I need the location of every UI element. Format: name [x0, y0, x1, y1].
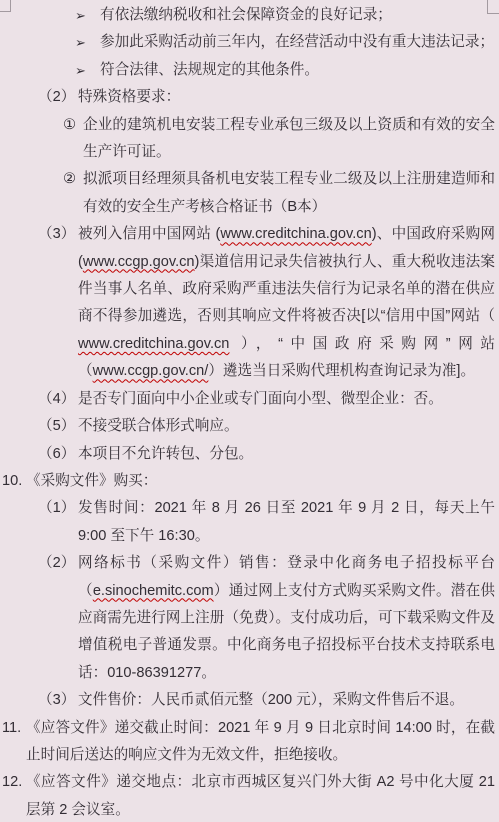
item-number: （2） [38, 550, 75, 577]
item-number: （3） [38, 687, 75, 714]
arrow-bullet-icon: ➢ [75, 2, 86, 29]
numbered-item-4: （4） 是否专门面向中小企业或专门面向小型、微型企业：否。 [0, 386, 499, 413]
item-number: （2） [38, 84, 75, 111]
circled-item-2: ② 拟派项目经理须具备机电安装工程专业二级及以上注册建造师和有效的安全生产考核合… [0, 166, 499, 221]
url-text: www.ccgp.gov.cn [83, 254, 195, 270]
item-text: 文件售价：人民币贰佰元整（200 元），采购文件售后不退。 [78, 692, 464, 708]
bullet-text: 有依法缴纳税收和社会保障资金的良好记录； [100, 7, 392, 23]
numbered-item-10: 10. 《采购文件》购买： [0, 468, 499, 495]
item-text: 《应答文件》递交截止时间：2021 年 9 月 9 日北京时间 14:00 时，… [26, 720, 495, 763]
item-number: （5） [38, 413, 75, 440]
bullet-item: ➢ 符合法律、法规规定的其他条件。 [0, 57, 499, 84]
item-text: 特殊资格要求： [78, 89, 180, 105]
item-text: 本项目不允许转包、分包。 [78, 446, 253, 462]
numbered-item-10-1: （1） 发售时间：2021 年 8 月 26 日至 2021 年 9 月 2 日… [0, 495, 499, 550]
document-body: ➢ 有依法缴纳税收和社会保障资金的良好记录； ➢ 参加此采购活动前三年内，在经营… [0, 0, 499, 822]
numbered-item-10-3: （3） 文件售价：人民币贰佰元整（200 元），采购文件售后不退。 [0, 687, 499, 714]
item-text: 网络标书（采购文件）销售：登录中化商务电子招投标平台（e.sinochemitc… [78, 555, 495, 681]
item-text: 是否专门面向中小企业或专门面向小型、微型企业：否。 [78, 391, 443, 407]
item-number: （4） [38, 386, 75, 413]
document-page: { "page": { "background": "#ece2e7", "te… [0, 0, 499, 822]
item-number: 11. [2, 715, 21, 742]
url-text: www.ccgp.gov.cn/ [93, 363, 209, 379]
url-text: www.creditchina.gov.cn [78, 336, 229, 352]
item-number: 10. [2, 468, 22, 495]
item-text: 企业的建筑机电安装工程专业承包三级及以上资质和有效的安全生产许可证。 [83, 117, 495, 160]
item-text: 《应答文件》递交地点：北京市西城区复兴门外大街 A2 号中化大厦 21 层第 2… [26, 774, 495, 817]
numbered-item-12: 12. 《应答文件》递交地点：北京市西城区复兴门外大街 A2 号中化大厦 21 … [0, 769, 499, 822]
item-text-run: 被列入信用中国网站 ( [78, 226, 220, 242]
numbered-item-10-2: （2） 网络标书（采购文件）销售：登录中化商务电子招投标平台（e.sinoche… [0, 550, 499, 687]
item-number: （6） [38, 441, 75, 468]
url-text: www.creditchina.gov.cn [220, 226, 371, 242]
bullet-text: 参加此采购活动前三年内，在经营活动中没有重大违法记录； [100, 34, 494, 50]
item-text-run: ）遴选当日采购代理机构查询记录为准]。 [208, 363, 475, 379]
item-text: 不接受联合体形式响应。 [78, 418, 239, 434]
bullet-item: ➢ 有依法缴纳税收和社会保障资金的良好记录； [0, 2, 499, 29]
numbered-item-11: 11. 《应答文件》递交截止时间：2021 年 9 月 9 日北京时间 14:0… [0, 715, 499, 770]
numbered-item-5: （5） 不接受联合体形式响应。 [0, 413, 499, 440]
item-number: 12. [2, 769, 22, 796]
numbered-item-6: （6） 本项目不允许转包、分包。 [0, 441, 499, 468]
item-text: 被列入信用中国网站 (www.creditchina.gov.cn)、中国政府采… [78, 226, 495, 379]
arrow-bullet-icon: ➢ [75, 29, 86, 56]
arrow-bullet-icon: ➢ [75, 57, 86, 84]
bullet-item: ➢ 参加此采购活动前三年内，在经营活动中没有重大违法记录； [0, 29, 499, 56]
numbered-item-3: （3） 被列入信用中国网站 (www.creditchina.gov.cn)、中… [0, 221, 499, 385]
item-text: 《采购文件》购买： [26, 473, 157, 489]
item-text: 发售时间：2021 年 8 月 26 日至 2021 年 9 月 2 日，每天上… [78, 500, 495, 543]
item-text: 拟派项目经理须具备机电安装工程专业二级及以上注册建造师和有效的安全生产考核合格证… [83, 171, 495, 214]
url-text: e.sinochemitc.com [93, 583, 214, 599]
numbered-item-2: （2） 特殊资格要求： [0, 84, 499, 111]
circled-number-icon: ① [63, 112, 76, 139]
circled-item-1: ① 企业的建筑机电安装工程专业承包三级及以上资质和有效的安全生产许可证。 [0, 112, 499, 167]
circled-number-icon: ② [63, 166, 76, 193]
item-number: （3） [38, 221, 75, 248]
bullet-text: 符合法律、法规规定的其他条件。 [100, 62, 319, 78]
item-number: （1） [38, 495, 75, 522]
